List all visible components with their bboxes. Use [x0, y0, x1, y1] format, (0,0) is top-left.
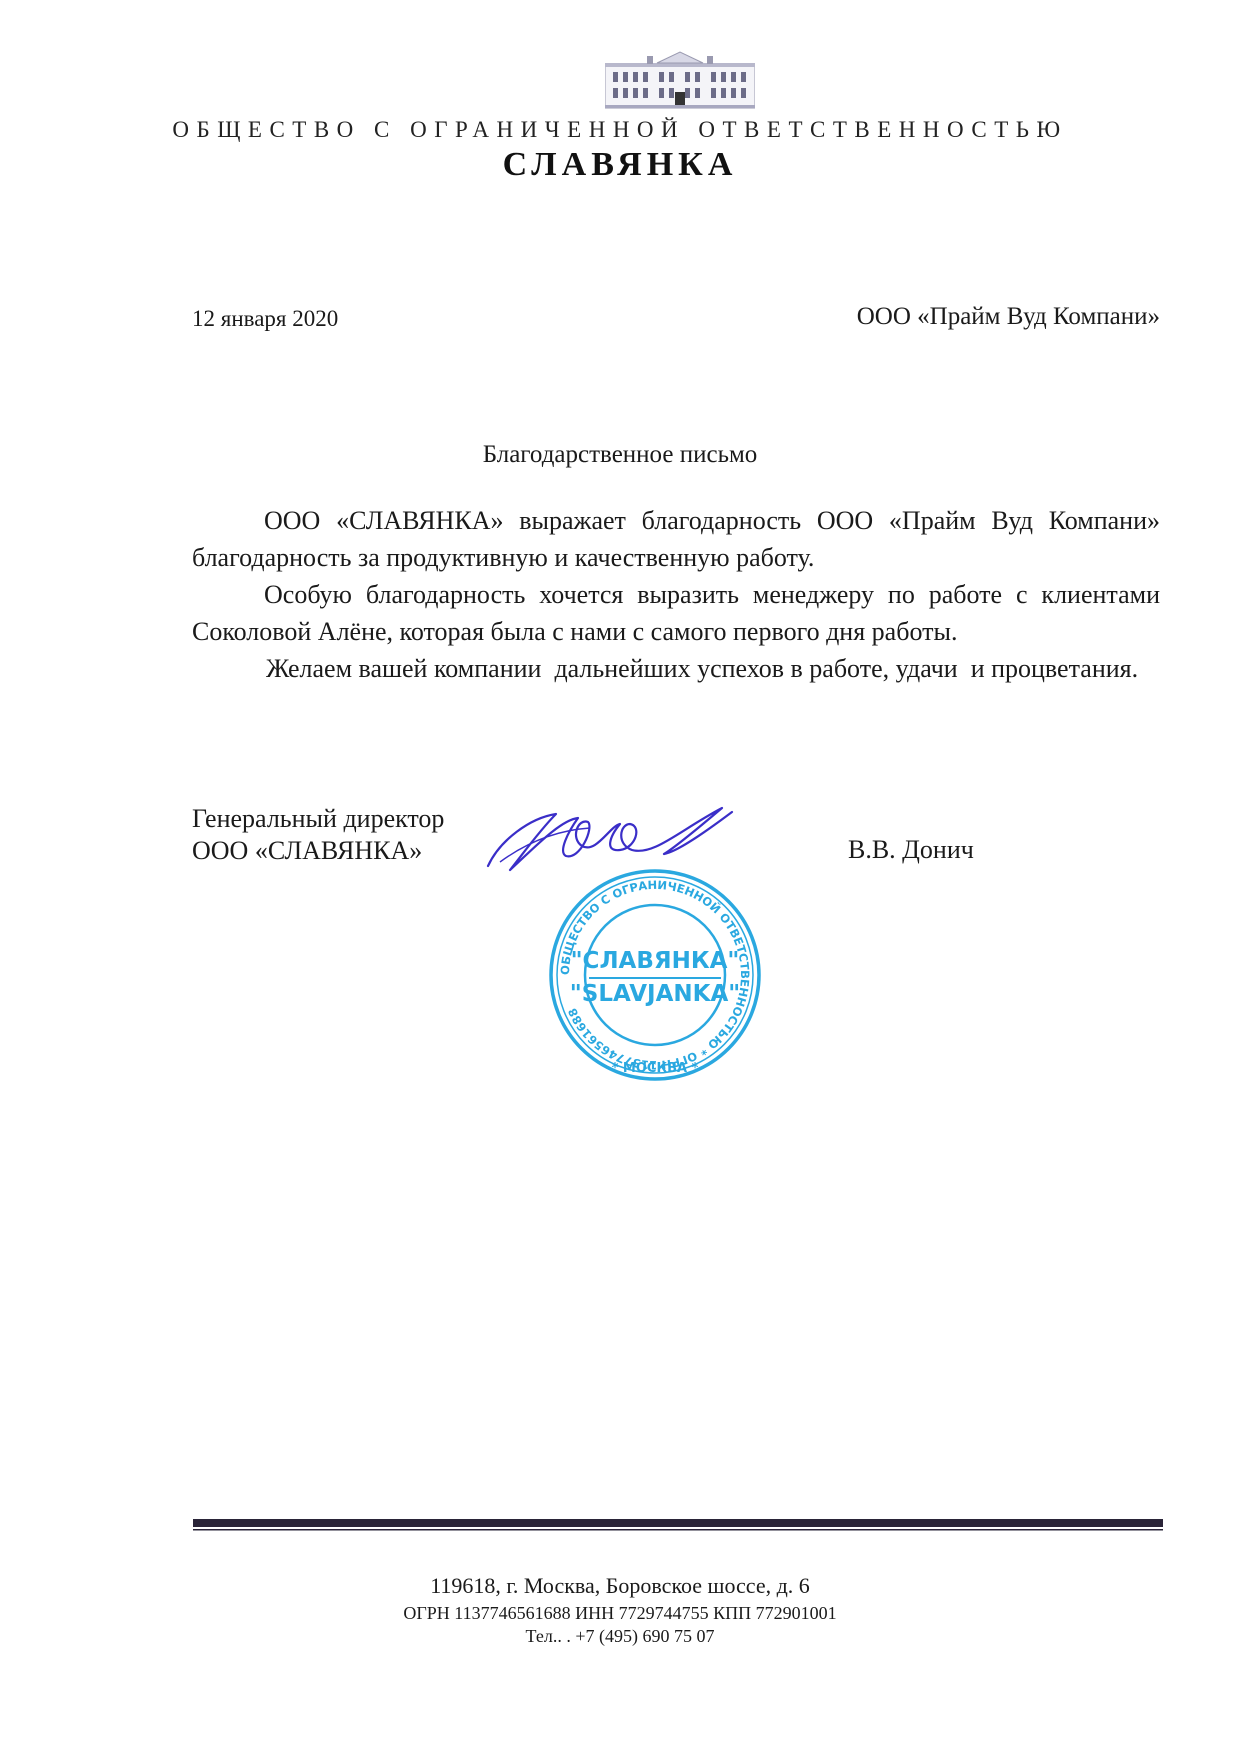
seal-name-en: "SLAVJANKA"	[570, 981, 740, 1007]
seal-name-ru: "СЛАВЯНКА"	[571, 948, 740, 974]
footer-address: 119618, г. Москва, Боровское шоссе, д. 6	[0, 1573, 1240, 1599]
organization-name: СЛАВЯНКА	[0, 146, 1240, 184]
seal-outer-text: ОБЩЕСТВО С ОГРАНИЧЕННОЙ ОТВЕТСТВЕННОСТЬЮ…	[558, 878, 752, 1072]
building-facade-icon	[605, 48, 755, 110]
organization-legal-form: ОБЩЕСТВО С ОГРАНИЧЕННОЙ ОТВЕТСТВЕННОСТЬЮ	[0, 117, 1240, 143]
letter-paragraph: Особую благодарность хочется выразить ме…	[192, 576, 1160, 650]
seal-city: * МОСКВА *	[612, 1061, 699, 1076]
svg-text:ОБЩЕСТВО С ОГРАНИЧЕННОЙ ОТВЕТС: ОБЩЕСТВО С ОГРАНИЧЕННОЙ ОТВЕТСТВЕННОСТЬЮ…	[558, 878, 752, 1072]
position-line: Генеральный директор	[192, 803, 444, 835]
company-seal-icon: ОБЩЕСТВО С ОГРАНИЧЕННОЙ ОТВЕТСТВЕННОСТЬЮ…	[545, 865, 765, 1085]
signatory-name: В.В. Донич	[848, 835, 974, 865]
footer-registration: ОГРН 1137746561688 ИНН 7729744755 КПП 77…	[0, 1603, 1240, 1624]
signatory-position: Генеральный директор ООО «СЛАВЯНКА»	[192, 803, 444, 867]
letter-date: 12 января 2020	[192, 306, 338, 332]
letter-paragraph: Желаем вашей компании дальнейших успехов…	[192, 650, 1160, 687]
letter-body: ООО «СЛАВЯНКА» выражает благодарность ОО…	[192, 502, 1160, 687]
letter-paragraph: ООО «СЛАВЯНКА» выражает благодарность ОО…	[192, 502, 1160, 576]
company-line: ООО «СЛАВЯНКА»	[192, 835, 444, 867]
addressee: ООО «Прайм Вуд Компани»	[857, 303, 1160, 331]
letter-title: Благодарственное письмо	[0, 441, 1240, 469]
handwritten-signature-icon	[470, 800, 740, 880]
footer-phone: Тел.. . +7 (495) 690 75 07	[0, 1626, 1240, 1647]
footer-divider	[193, 1517, 1163, 1533]
